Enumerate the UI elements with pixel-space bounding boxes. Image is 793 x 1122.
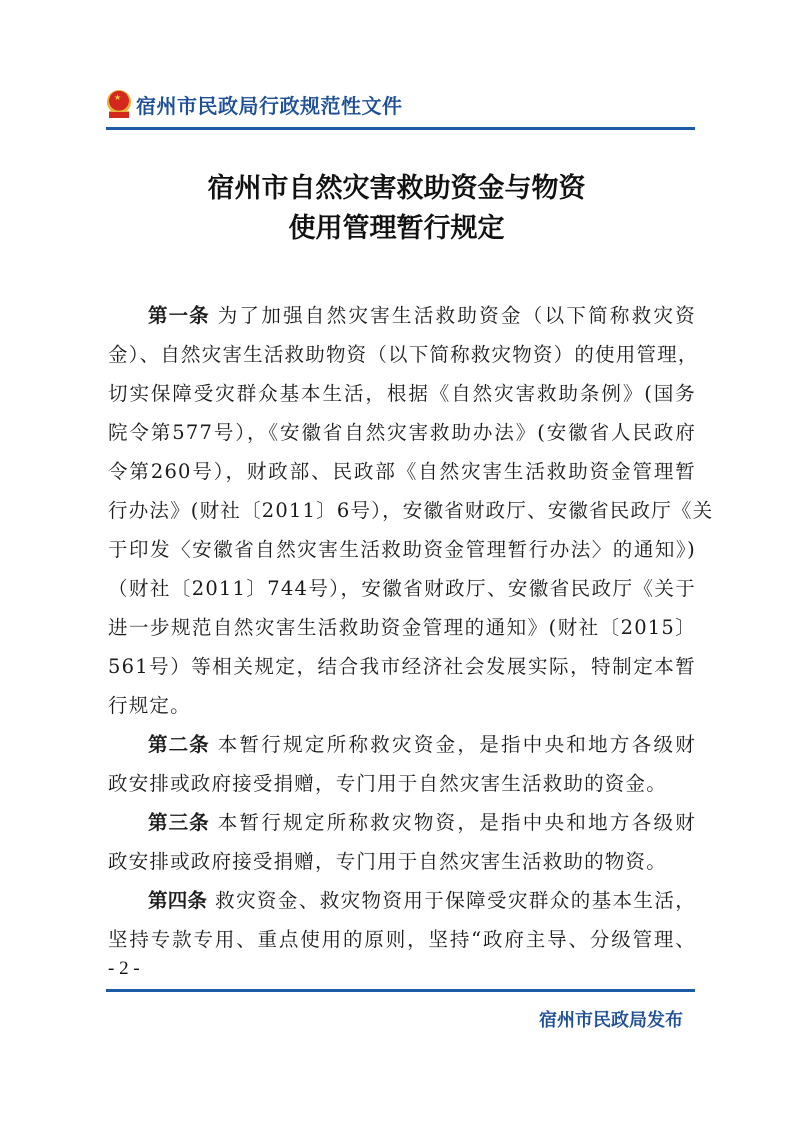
article-label: 第四条	[148, 889, 207, 912]
paragraph-line: 第一条为了加强自然灾害生活救助资金（以下简称救灾资	[108, 296, 696, 335]
footer-divider	[106, 989, 695, 992]
paragraph-line: 金）、自然灾害生活救助物资（以下简称救灾物资）的使用管理，	[108, 335, 696, 374]
document-header: ★ 宿州市民政局行政规范性文件	[106, 86, 403, 122]
document-title-line-2: 使用管理暂行规定	[0, 210, 793, 248]
header-divider	[106, 127, 695, 130]
paragraph-line: 令第260号），财政部、民政部《自然灾害生活救助资金管理暂	[108, 452, 696, 491]
document-body: 第一条为了加强自然灾害生活救助资金（以下简称救灾资 金）、自然灾害生活救助物资（…	[108, 296, 696, 959]
paragraph-line: （财社〔2011〕744号），安徽省财政厅、安徽省民政厅《关于	[108, 569, 696, 608]
paragraph-line: 第三条本暂行规定所称救灾物资，是指中央和地方各级财	[108, 803, 696, 842]
publisher-label: 宿州市民政局发布	[539, 1006, 683, 1032]
article-label: 第三条	[148, 811, 210, 834]
document-title-line-1: 宿州市自然灾害救助资金与物资	[0, 170, 793, 208]
page-number: - 2 -	[108, 958, 140, 980]
paragraph-line: 政安排或政府接受捐赠，专门用于自然灾害生活救助的资金。	[108, 764, 696, 803]
paragraph-line: 进一步规范自然灾害生活救助资金管理的通知》(财社〔2015〕	[108, 608, 696, 647]
paragraph-line: 行办法》(财社〔2011〕6号），安徽省财政厅、安徽省民政厅《关	[108, 491, 696, 530]
paragraph-line: 第四条救灾资金、救灾物资用于保障受灾群众的基本生活，	[108, 881, 696, 920]
paragraph-line: 于印发〈安徽省自然灾害生活救助资金管理暂行办法〉的通知》)	[108, 530, 696, 569]
paragraph-line: 561号）等相关规定，结合我市经济社会发展实际，特制定本暂	[108, 647, 696, 686]
paragraph-line: 切实保障受灾群众基本生活，根据《自然灾害救助条例》(国务	[108, 374, 696, 413]
national-emblem-icon: ★	[106, 90, 132, 118]
article-label: 第一条	[148, 304, 210, 327]
article-label: 第二条	[148, 733, 210, 756]
paragraph-line: 政安排或政府接受捐赠，专门用于自然灾害生活救助的物资。	[108, 842, 696, 881]
paragraph-line: 坚持专款专用、重点使用的原则，坚持“政府主导、分级管理、	[108, 920, 696, 959]
paragraph-line: 院令第577号），《安徽省自然灾害救助办法》(安徽省人民政府	[108, 413, 696, 452]
header-title: 宿州市民政局行政规范性文件	[136, 90, 403, 119]
paragraph-line: 行规定。	[108, 686, 696, 725]
paragraph-line: 第二条本暂行规定所称救灾资金，是指中央和地方各级财	[108, 725, 696, 764]
